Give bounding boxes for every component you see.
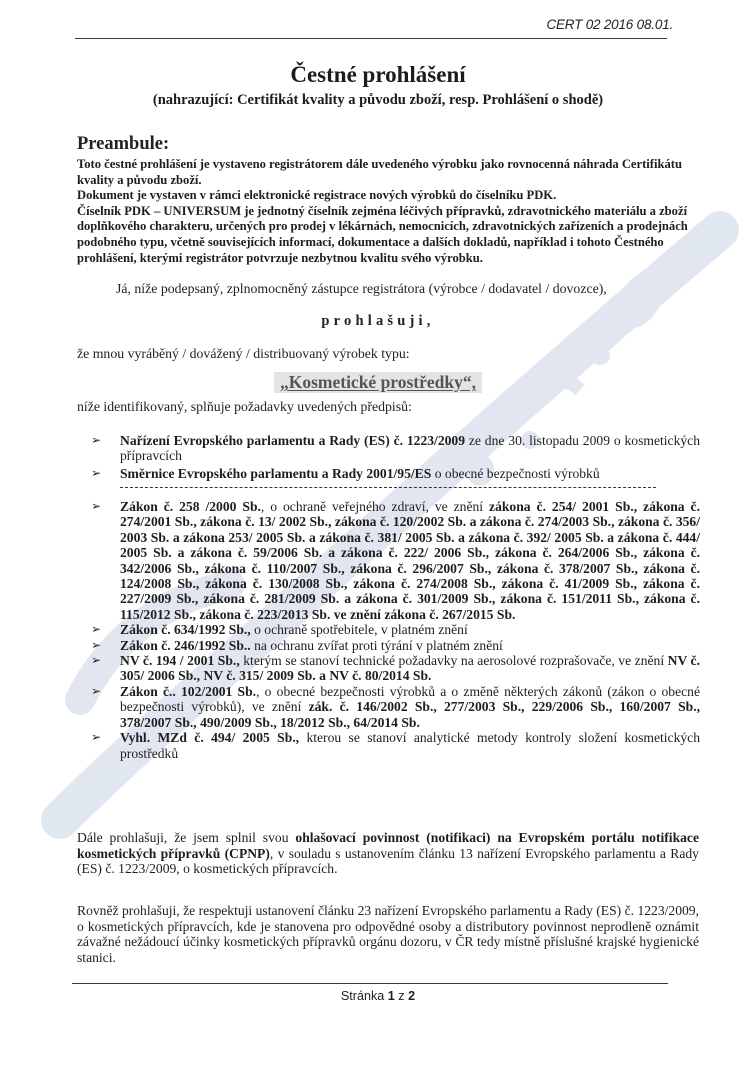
arrowhead-bullet-icon: ➢ [91,433,101,448]
cz-regulations-list: ➢Zákon č. 258 /2000 Sb., o ochraně veřej… [88,499,700,761]
preamble-paragraph: Číselník PDK – UNIVERSUM je jednotný čís… [77,204,697,266]
regulation-citation: zákona č. 254/ 2001 Sb., zákona č. 274/2… [120,499,700,622]
regulation-description: o obecné bezpečnosti výrobků [431,466,599,481]
preamble-paragraph: Dokument je vystaven v rámci elektronick… [77,188,697,204]
current-page: 1 [388,989,395,1003]
regulation-description: , o ochraně veřejného zdraví, ve znění [261,499,489,514]
document-title: Čestné prohlášení [0,62,756,88]
document-code: CERT 02 2016 08.01. [546,17,673,32]
header-rule [75,38,667,39]
footer-rule [72,983,668,984]
list-item: ➢Zákon č. 246/1992 Sb.. na ochranu zvířa… [88,638,700,653]
regulation-citation: Vyhl. MZd č. 494/ 2005 Sb., [120,730,299,745]
notification-text: Dále prohlašuji, že jsem splnil svou ohl… [77,830,699,877]
product-intro: že mnou vyráběný / dovážený / distribuov… [77,346,410,362]
declaration-verb: prohlašuji, [0,313,756,330]
arrowhead-bullet-icon: ➢ [91,499,101,514]
eu-regulations-list: ➢Nařízení Evropského parlamentu a Rady (… [88,433,700,483]
regulation-citation: Zákon č.. 102/2001 Sb. [120,684,256,699]
page-label: Stránka [341,989,384,1003]
regulation-description: na ochranu zvířat proti týrání v platném… [251,638,503,653]
list-item: ➢Nařízení Evropského parlamentu a Rady (… [88,433,700,464]
regulation-citation: Zákon č. 258 /2000 Sb. [120,499,261,514]
arrowhead-bullet-icon: ➢ [91,622,101,637]
page-number: Stránka 1 z 2 [0,989,756,1003]
list-item: ➢Směrnice Evropského parlamentu a Rady 2… [88,466,700,481]
arrowhead-bullet-icon: ➢ [91,684,101,699]
regulation-description: o ochraně spotřebitele, v platném znění [251,622,468,637]
list-item: ➢Vyhl. MZd č. 494/ 2005 Sb., kterou se s… [88,730,700,761]
arrowhead-bullet-icon: ➢ [91,730,101,745]
product-type: „Kosmetické prostředky“, [274,372,482,393]
regulation-citation: Zákon č. 634/1992 Sb., [120,622,251,637]
regulation-citation: NV č. 194 / 2001 Sb., [120,653,240,668]
regulation-description: kterým se stanoví technické požadavky na… [240,653,668,668]
list-item: ➢Zákon č. 258 /2000 Sb., o ochraně veřej… [88,499,700,622]
preamble-paragraph: Toto čestné prohlášení je vystaveno regi… [77,157,697,188]
arrowhead-bullet-icon: ➢ [91,638,101,653]
dashed-separator [120,487,656,488]
regulation-description: Dále prohlašuji, že jsem splnil svou [77,830,295,845]
adverse-effects-paragraph: Rovněž prohlašuji, že respektuji ustanov… [77,903,699,965]
document-subtitle: (nahrazující: Certifikát kvality a původ… [0,92,756,109]
list-item: ➢NV č. 194 / 2001 Sb., kterým se stanoví… [88,653,700,684]
requirements-intro: níže identifikovaný, splňuje požadavky u… [77,399,412,415]
list-item: ➢Zákon č.. 102/2001 Sb., o obecné bezpeč… [88,684,700,730]
declarant-intro: Já, níže podepsaný, zplnomocněný zástupc… [116,281,607,297]
preamble-text: Toto čestné prohlášení je vystaveno regi… [77,157,697,266]
of-label: z [398,989,404,1003]
regulation-citation: Nařízení Evropského parlamentu a Rady (E… [120,433,465,448]
document-page: CERT 02 2016 08.01. Čestné prohlášení (n… [0,0,756,1070]
arrowhead-bullet-icon: ➢ [91,466,101,481]
document-content: CERT 02 2016 08.01. Čestné prohlášení (n… [0,0,756,1070]
regulation-citation: Směrnice Evropského parlamentu a Rady 20… [120,466,431,481]
list-item: ➢Zákon č. 634/1992 Sb., o ochraně spotře… [88,622,700,637]
total-pages: 2 [408,989,415,1003]
regulation-citation: Zákon č. 246/1992 Sb.. [120,638,251,653]
notification-paragraph: Dále prohlašuji, že jsem splnil svou ohl… [77,830,699,877]
adverse-effects-text: Rovněž prohlašuji, že respektuji ustanov… [77,903,699,965]
arrowhead-bullet-icon: ➢ [91,653,101,668]
product-type-wrapper: „Kosmetické prostředky“, [0,372,756,393]
preamble-heading: Preambule: [77,134,169,155]
